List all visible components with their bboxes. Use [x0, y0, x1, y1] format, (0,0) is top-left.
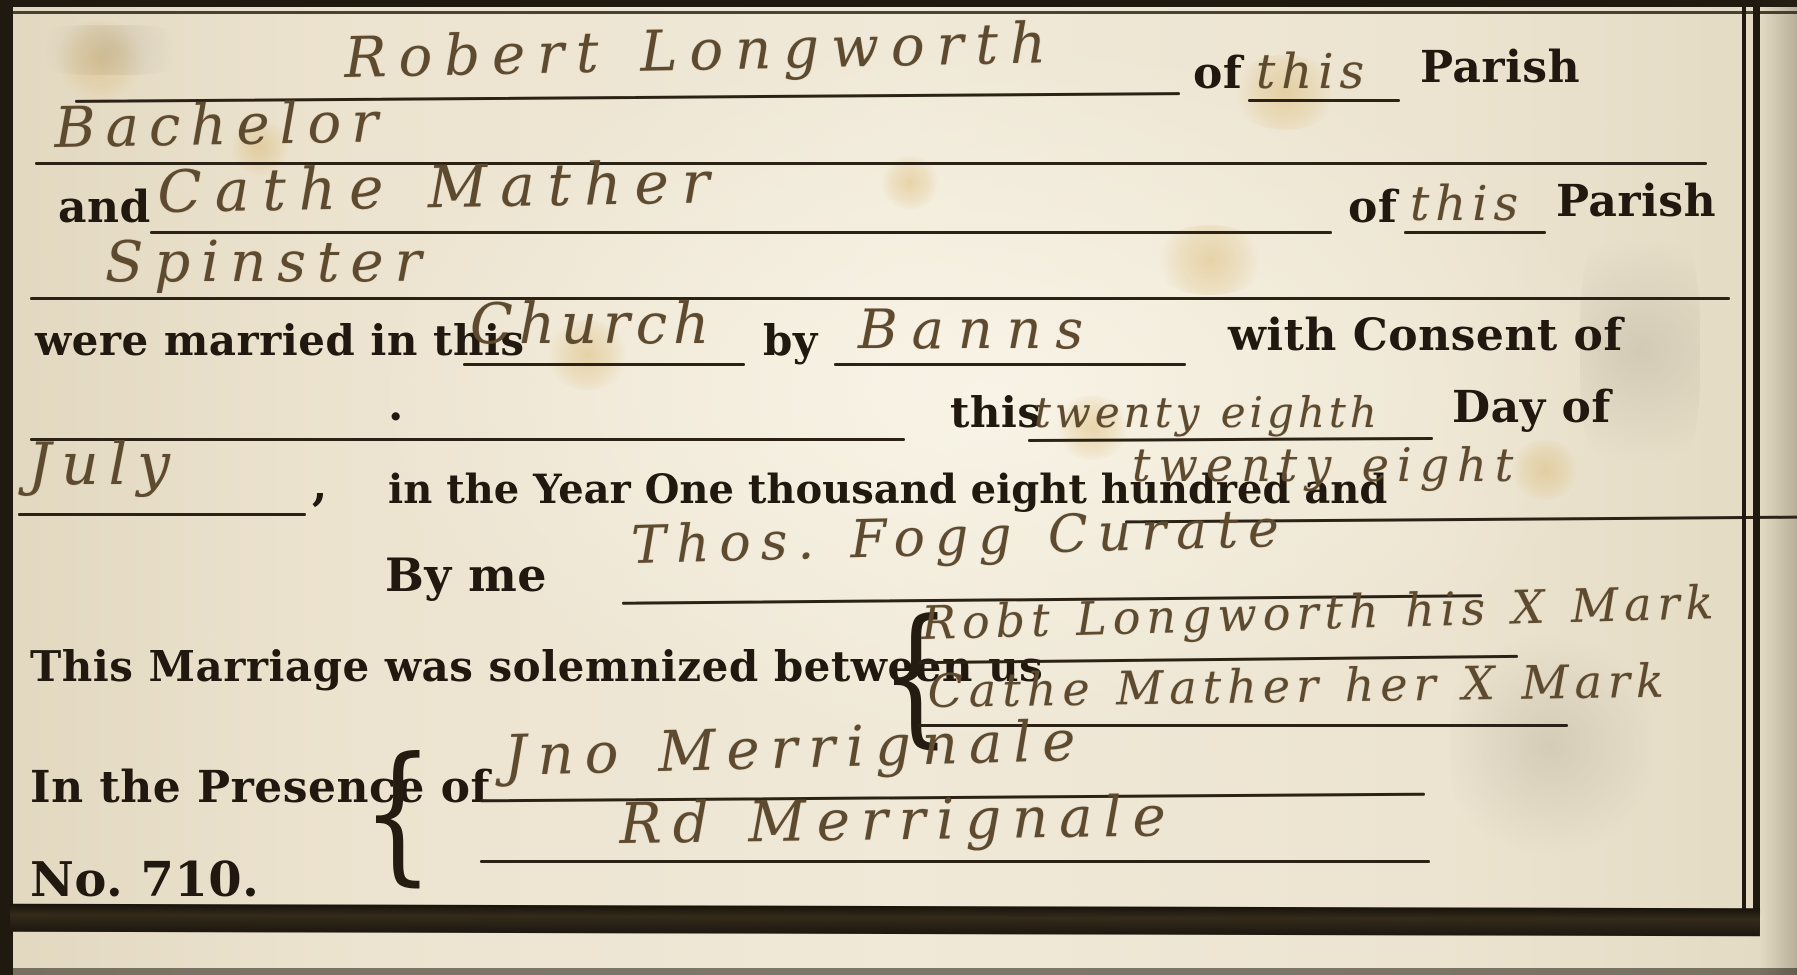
bride-condition-handwritten: Spinster	[105, 230, 432, 295]
bride-signature-handwritten: Cathe Mather her X Mark	[927, 654, 1670, 718]
groom-parish-handwritten: this	[1256, 44, 1370, 100]
married-in-label: were married in this	[35, 316, 525, 365]
marriage-register-page: Robert Longworth of this Parish Bachelor…	[0, 0, 1797, 975]
consent-label: with Consent of	[1228, 310, 1623, 361]
paper-stain	[1150, 225, 1270, 295]
parish-label: Parish	[1556, 176, 1716, 227]
bleedthrough-smudge	[20, 25, 200, 75]
method-handwritten: Banns	[858, 298, 1097, 361]
of-label: of	[1193, 48, 1242, 99]
bride-name-handwritten: Cathe Mather	[157, 148, 723, 226]
page-edge-shadow	[1760, 0, 1797, 975]
year-handwritten: twenty eight	[1132, 438, 1521, 492]
groom-name-handwritten: Robert Longworth	[344, 11, 1059, 91]
bride-parish-handwritten: this	[1410, 176, 1524, 232]
ruled-line	[480, 860, 1430, 863]
witness2-signature-handwritten: Rd Merrignale	[619, 784, 1177, 857]
top-border-line	[0, 11, 1797, 14]
ruled-line	[18, 513, 306, 516]
month-punct: ,	[312, 460, 328, 511]
of-label: of	[1348, 182, 1397, 233]
ruled-line	[463, 363, 745, 366]
right-border-line	[1753, 0, 1760, 930]
day-handwritten: twenty eighth	[1034, 388, 1381, 437]
entry-number: No. 710.	[30, 852, 259, 908]
top-border-line	[0, 0, 1797, 7]
place-handwritten: Church	[470, 292, 715, 357]
witness1-signature-handwritten: Jno Merrignale	[503, 709, 1087, 789]
left-brace: {	[362, 738, 434, 888]
right-border-line	[1742, 0, 1746, 930]
month-handwritten: July	[28, 430, 180, 498]
and-label: and	[58, 182, 151, 233]
dayof-label: Day of	[1452, 382, 1611, 433]
parish-label: Parish	[1420, 42, 1580, 93]
byme-label: By me	[385, 548, 547, 602]
ruled-line	[834, 363, 1186, 366]
groom-signature-handwritten: Robt Longworth his X Mark	[921, 575, 1720, 650]
this-label: this	[950, 388, 1042, 437]
bottom-edge-line	[0, 968, 1797, 975]
bottom-border-bar	[10, 904, 1760, 937]
by-label: by	[763, 316, 818, 365]
groom-condition-handwritten: Bachelor	[54, 90, 389, 161]
blank-period: .	[388, 380, 404, 431]
left-border-bar	[0, 0, 13, 975]
paper-stain	[55, 20, 145, 100]
